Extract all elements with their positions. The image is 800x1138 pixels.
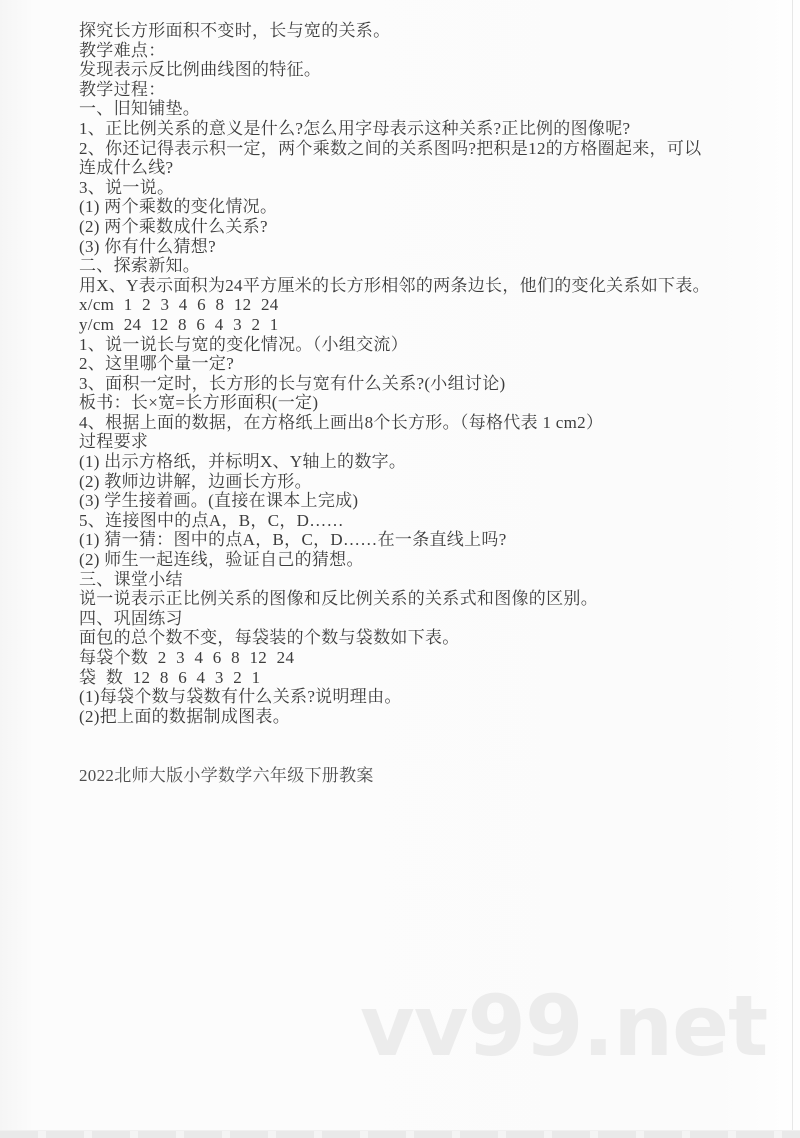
text-line: 连成什么线?	[79, 158, 759, 178]
text-line: (1) 两个乘数的变化情况。	[79, 197, 759, 217]
text-line: (2)把上面的数据制成图表。	[79, 707, 759, 727]
document-page: vv99.net 探究长方形面积不变时，长与宽的关系。教学难点：发现表示反比例曲…	[0, 0, 800, 1137]
text-line: 每袋个数 2 3 4 6 8 12 24	[79, 648, 759, 668]
document-lines: 探究长方形面积不变时，长与宽的关系。教学难点：发现表示反比例曲线图的特征。教学过…	[79, 21, 759, 726]
text-line: y/cm 24 12 8 6 4 3 2 1	[79, 315, 759, 335]
text-line: 3、面积一定时，长方形的长与宽有什么关系?(小组讨论)	[79, 374, 759, 394]
text-line: 面包的总个数不变，每袋装的个数与袋数如下表。	[79, 628, 759, 648]
watermark: vv99.net	[360, 984, 767, 1068]
bottom-page-strip	[0, 1130, 800, 1137]
text-line: (1)每袋个数与袋数有什么关系?说明理由。	[79, 687, 759, 707]
text-line: 四、巩固练习	[79, 609, 759, 629]
text-line: x/cm 1 2 3 4 6 8 12 24	[79, 295, 759, 315]
text-line: 1、说一说长与宽的变化情况。（小组交流）	[79, 335, 759, 355]
text-line: (1) 猜一猜：图中的点A，B，C，D……在一条直线上吗?	[79, 530, 759, 550]
text-line: 探究长方形面积不变时，长与宽的关系。	[79, 21, 759, 41]
text-line: 4、根据上面的数据，在方格纸上画出8个长方形。（每格代表 1 cm2）	[79, 413, 759, 433]
text-line: 5、连接图中的点A，B，C，D……	[79, 511, 759, 531]
text-line: 2、你还记得表示积一定，两个乘数之间的关系图吗?把积是12的方格圈起来，可以	[79, 139, 759, 159]
text-line: 过程要求	[79, 432, 759, 452]
text-line: 二、探索新知。	[79, 256, 759, 276]
text-line: 用X、Y表示面积为24平方厘米的长方形相邻的两条边长，他们的变化关系如下表。	[79, 276, 759, 296]
text-line: 发现表示反比例曲线图的特征。	[79, 60, 759, 80]
text-line: 一、旧知铺垫。	[79, 99, 759, 119]
text-line: (2) 师生一起连线，验证自己的猜想。	[79, 550, 759, 570]
text-line: (1) 出示方格纸，并标明X、Y轴上的数字。	[79, 452, 759, 472]
document-body: 探究长方形面积不变时，长与宽的关系。教学难点：发现表示反比例曲线图的特征。教学过…	[79, 21, 759, 786]
page-edge-divider	[792, 0, 793, 1131]
text-line: 2、这里哪个量一定?	[79, 354, 759, 374]
text-line: 板书：长×宽=长方形面积(一定)	[79, 393, 759, 413]
text-line: 三、课堂小结	[79, 570, 759, 590]
text-line: (3) 你有什么猜想?	[79, 237, 759, 257]
text-line: (2) 教师边讲解，边画长方形。	[79, 472, 759, 492]
text-line: 1、正比例关系的意义是什么?怎么用字母表示这种关系?正比例的图像呢?	[79, 119, 759, 139]
text-line: 袋 数 12 8 6 4 3 2 1	[79, 668, 759, 688]
text-line: 教学过程：	[79, 80, 759, 100]
footer-note: 2022北师大版小学数学六年级下册教案	[79, 766, 759, 786]
text-line: (2) 两个乘数成什么关系?	[79, 217, 759, 237]
text-line: 教学难点：	[79, 41, 759, 61]
text-line: 说一说表示正比例关系的图像和反比例关系的关系式和图像的区别。	[79, 589, 759, 609]
text-line: 3、说一说。	[79, 178, 759, 198]
text-line: (3) 学生接着画。(直接在课本上完成)	[79, 491, 759, 511]
